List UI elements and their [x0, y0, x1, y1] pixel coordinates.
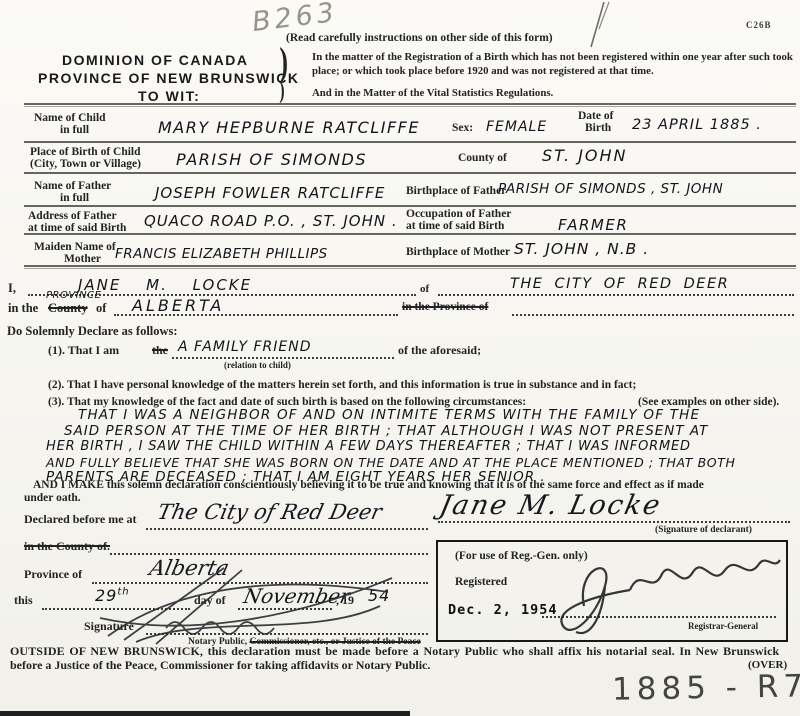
province-title: PROVINCE OF NEW BRUNSWICK — [38, 70, 300, 86]
dotted-line-county — [110, 553, 428, 555]
scan-edge-strip — [0, 711, 410, 716]
father-birthplace-value: PARISH OF SIMONDS , ST. JOHN — [498, 181, 723, 197]
registered-label: Registered — [455, 576, 507, 589]
dotted-line-relation — [172, 357, 394, 359]
county-word-struck: County — [48, 301, 88, 315]
dotted-line-declared-place — [146, 528, 428, 530]
dominion-title: DOMINION OF CANADA — [62, 52, 248, 68]
read-instructions-note: (Read carefully instructions on other si… — [286, 32, 553, 45]
brace-glyph-bottom: ) — [279, 79, 284, 103]
father-address-label-2: at time of said Birth — [28, 222, 126, 235]
mother-maiden-label-2: Mother — [64, 253, 101, 266]
matter-paragraph-2: And in the Matter of the Vital Statistic… — [312, 87, 553, 99]
notary-signature-scribble — [96, 566, 396, 646]
brace-glyph-top: ) — [279, 42, 288, 82]
declarant-name-value: JANE M. LOCKE — [78, 276, 252, 294]
declared-place-value: The City of Red Deer — [155, 500, 384, 524]
dob-value: 23 APRIL 1885 . — [632, 117, 762, 133]
county-value: ST. JOHN — [542, 146, 628, 165]
statement-line-3: HER BIRTH , I SAW THE CHILD WITHIN A FEW… — [46, 439, 691, 454]
form-code: C26B — [746, 20, 772, 30]
declared-before-label: Declared before me at — [24, 513, 137, 527]
dotted-line-declarant-place — [438, 294, 794, 296]
footer-line-2: before a Justice of the Peace, Commissio… — [10, 659, 430, 673]
registrar-signature — [542, 546, 782, 638]
item1-relation-value: A FAMILY FRIEND — [178, 339, 312, 355]
rule-header-bottom — [24, 103, 796, 105]
child-name-label-2: in full — [60, 124, 89, 137]
rule-row-2 — [24, 172, 796, 174]
pen-slash-mark — [583, 0, 615, 50]
item1-relation-note: (relation to child) — [224, 360, 291, 370]
item1-the-struck: the — [152, 344, 168, 358]
father-name-label-2: in full — [60, 192, 89, 205]
child-birthplace-value: PARISH OF SIMONDS — [176, 150, 367, 169]
county-line-struck: in the County of. — [24, 540, 110, 554]
item1-suffix: of the aforesaid; — [398, 344, 481, 358]
rule-table-bottom — [24, 265, 796, 267]
birth-registration-form: B263 C26B (Read carefully instructions o… — [0, 0, 800, 716]
solemnly-declare-label: Do Solemnly Declare as follows: — [7, 324, 178, 338]
father-occupation-value: FARMER — [558, 216, 628, 234]
rule-row-3 — [24, 205, 796, 207]
statement-line-1: THAT I WAS A NEIGHBOR OF AND ON INTIMITE… — [78, 407, 700, 423]
sex-label: Sex: — [452, 122, 473, 135]
of-label-2: of — [96, 301, 106, 315]
dob-label-2: Birth — [585, 122, 611, 135]
county-label: County of — [458, 152, 507, 165]
in-the-label: in the — [8, 301, 38, 315]
mother-maiden-value: FRANCIS ELIZABETH PHILLIPS — [115, 246, 328, 262]
declarant-place-value: THE CITY OF RED DEER — [510, 276, 729, 292]
dotted-line-declarant-signature — [438, 521, 790, 523]
father-name-value: JOSEPH FOWLER RATCLIFFE — [155, 184, 385, 202]
province-handwritten-correction: PROVINCE — [46, 290, 101, 301]
dotted-line-province-right — [512, 314, 794, 316]
to-wit-title: TO WIT: — [138, 88, 200, 104]
footer-line-1: OUTSIDE OF NEW BRUNSWICK, this declarati… — [10, 645, 779, 659]
oath-line-2: under oath. — [24, 492, 81, 505]
declarant-signature: Jane M. Locke — [437, 490, 665, 521]
mother-birthplace-label: Birthplace of Mother — [406, 246, 510, 259]
province-value: ALBERTA — [132, 296, 224, 315]
sex-value: FEMALE — [486, 119, 547, 135]
matter-paragraph-1: In the matter of the Registration of a B… — [312, 51, 798, 78]
child-birthplace-label-2: (City, Town or Village) — [30, 158, 141, 171]
rule-header-bottom-2 — [24, 106, 796, 107]
rule-row-1 — [24, 141, 796, 143]
this-label: this — [14, 594, 33, 608]
mother-birthplace-value: ST. JOHN , N.B . — [514, 240, 649, 258]
in-province-struck: in the Province of — [402, 301, 488, 314]
province-of-label: Province of — [24, 568, 82, 582]
rule-row-4 — [24, 233, 796, 235]
statement-line-2: SAID PERSON AT THE TIME OF HER BIRTH ; T… — [64, 423, 708, 439]
i-label: I, — [8, 281, 16, 295]
declarant-signature-caption: (Signature of declarant) — [655, 525, 752, 536]
rule-table-bottom-2 — [24, 268, 796, 269]
statement-line-4: AND FULLY BELIEVE THAT SHE WAS BORN ON T… — [46, 455, 735, 470]
of-label-mid: of — [420, 283, 429, 296]
father-occupation-label-2: at time of said Birth — [406, 220, 504, 233]
father-birthplace-label: Birthplace of Father — [406, 185, 506, 198]
item2-text: (2). That I have personal knowledge of t… — [48, 379, 636, 392]
child-name-value: MARY HEPBURNE RATCLIFFE — [158, 118, 420, 137]
father-address-value: QUACO ROAD P.O. , ST. JOHN . — [144, 212, 398, 230]
item1-prefix: (1). That I am — [48, 344, 119, 358]
archival-reference-code: 1885 - R7 — [612, 668, 800, 707]
